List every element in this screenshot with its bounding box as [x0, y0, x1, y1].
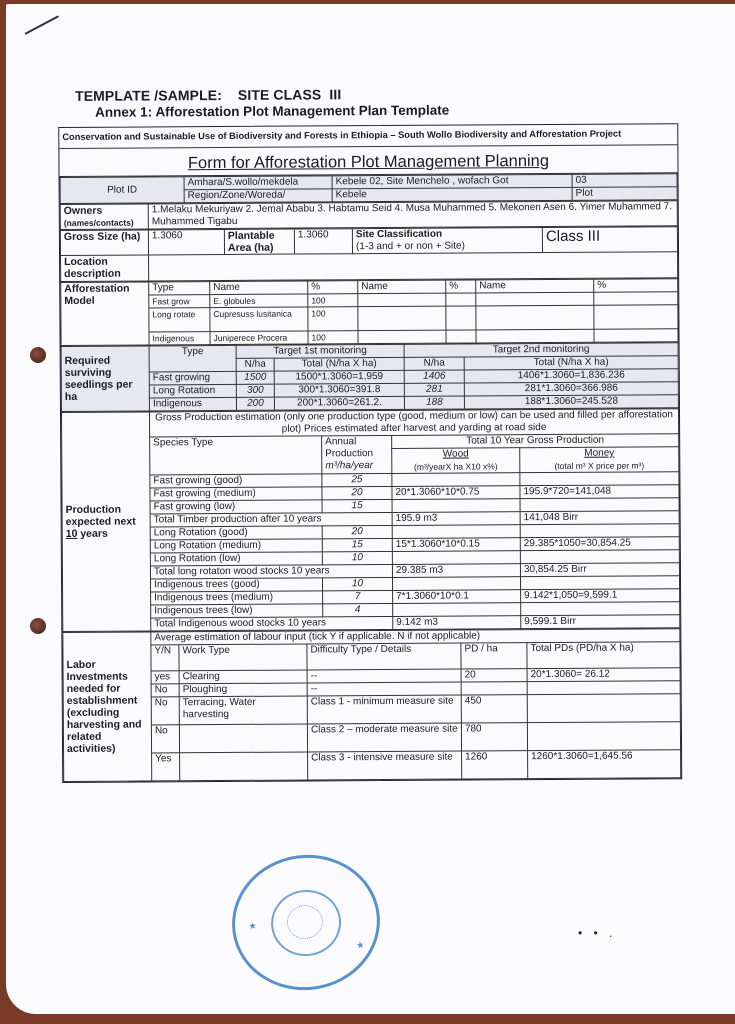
model-header: Name	[210, 281, 308, 295]
plot-info-table: Plot ID Amhara/S.wollo/mekdela Kebele 02…	[60, 173, 678, 204]
model-header: Name	[358, 280, 446, 294]
gross-size-label: Gross Size (ha)	[60, 230, 148, 256]
model-header: %	[308, 281, 358, 294]
wood-unit: (m³/yearX ha X10 x%)	[392, 460, 520, 473]
table-row: NoTerracing, Water harvestingClass 1 - m…	[63, 694, 680, 726]
labor-header: Total PDs (PD/ha X ha)	[527, 642, 680, 669]
gross-size-table: Gross Size (ha) 1.3060 Plantable Area (h…	[60, 226, 678, 282]
model-label: Afforestation Model	[61, 282, 149, 346]
plot-label: Plot	[572, 187, 677, 201]
nha-header: N/ha	[236, 358, 274, 371]
production-label: Production expected next 10 years	[61, 412, 150, 632]
location-value	[149, 252, 678, 281]
plot-value: 03	[572, 174, 677, 188]
punch-hole-bottom	[30, 618, 46, 634]
target1-header: Target 1st monitoring	[236, 344, 404, 358]
money-header: Money	[520, 447, 679, 460]
ink-dots: • • .	[578, 926, 616, 940]
labor-table: Labor Investments needed for establishme…	[62, 628, 681, 782]
money-unit: (total m³ X price per m³)	[520, 459, 679, 472]
model-header: %	[594, 279, 678, 293]
total-header: Total (N/ha X ha)	[274, 357, 404, 371]
plantable-label: Plantable Area (ha)	[224, 229, 294, 254]
production-table: Production expected next 10 years Gross …	[61, 408, 680, 632]
region-label: Region/Zone/Woreda/	[184, 189, 332, 203]
kebele-label: Kebele	[332, 187, 572, 201]
plot-id-label: Plot ID	[60, 177, 184, 204]
punch-hole-top	[30, 347, 46, 363]
labor-header: Difficulty Type / Details	[307, 643, 461, 670]
total-header: Total (N/ha X ha)	[464, 356, 678, 370]
gross-size-value: 1.3060	[148, 229, 224, 254]
afforestation-model-table: Afforestation Model Type Name % Name % N…	[60, 278, 678, 346]
owners-table: Owners (names/contacts) 1.Melaku Mekuriy…	[60, 200, 678, 230]
stamp-star-icon: ★	[356, 940, 364, 950]
region-value: Amhara/S.wollo/mekdela	[184, 176, 332, 190]
nha-header: N/ha	[404, 357, 464, 370]
location-label: Location description	[61, 255, 149, 282]
labor-header: PD / ha	[461, 643, 527, 669]
table-row: NoClass 2 – moderate measure site780	[63, 722, 680, 754]
owners-value: 1.Melaku Mekuriyaw 2. Jemal Ababu 3. Hab…	[148, 201, 677, 229]
production-intro: Gross Production estimation (only one pr…	[149, 409, 678, 437]
model-header: %	[446, 280, 476, 293]
seedlings-label: Required surviving seedlings per ha	[61, 346, 149, 412]
site-class-label: Site Classification (1-3 and + or non + …	[352, 228, 542, 254]
form-frame: Conservation and Sustainable Use of Biod…	[58, 123, 682, 783]
labor-label: Labor Investments needed for establishme…	[63, 632, 152, 782]
labor-header: Y/N	[151, 645, 179, 671]
document: TEMPLATE /SAMPLE: SITE CLASS III Annex 1…	[58, 84, 682, 783]
annual-header: Annual Production m³/ha/year	[322, 435, 392, 473]
model-header: Type	[149, 282, 210, 295]
species-header: Species Type	[150, 436, 322, 475]
form-title: Form for Afforestation Plot Management P…	[59, 145, 677, 177]
stamp-star-icon: ★	[248, 921, 256, 931]
table-row: YesClass 3 - intensive measure site12601…	[64, 750, 681, 782]
annex-title: Annex 1: Afforestation Plot Management P…	[95, 101, 678, 120]
model-header: Name	[476, 279, 594, 293]
type-header: Type	[149, 345, 236, 372]
owners-label: Owners (names/contacts)	[60, 204, 148, 230]
wood-header: Wood	[392, 448, 520, 461]
site-class-value: Class III	[542, 227, 677, 253]
plantable-value: 1.3060	[294, 229, 352, 254]
labor-header: Work Type	[179, 644, 307, 671]
seedlings-table: Required surviving seedlings per ha Type…	[61, 342, 679, 412]
